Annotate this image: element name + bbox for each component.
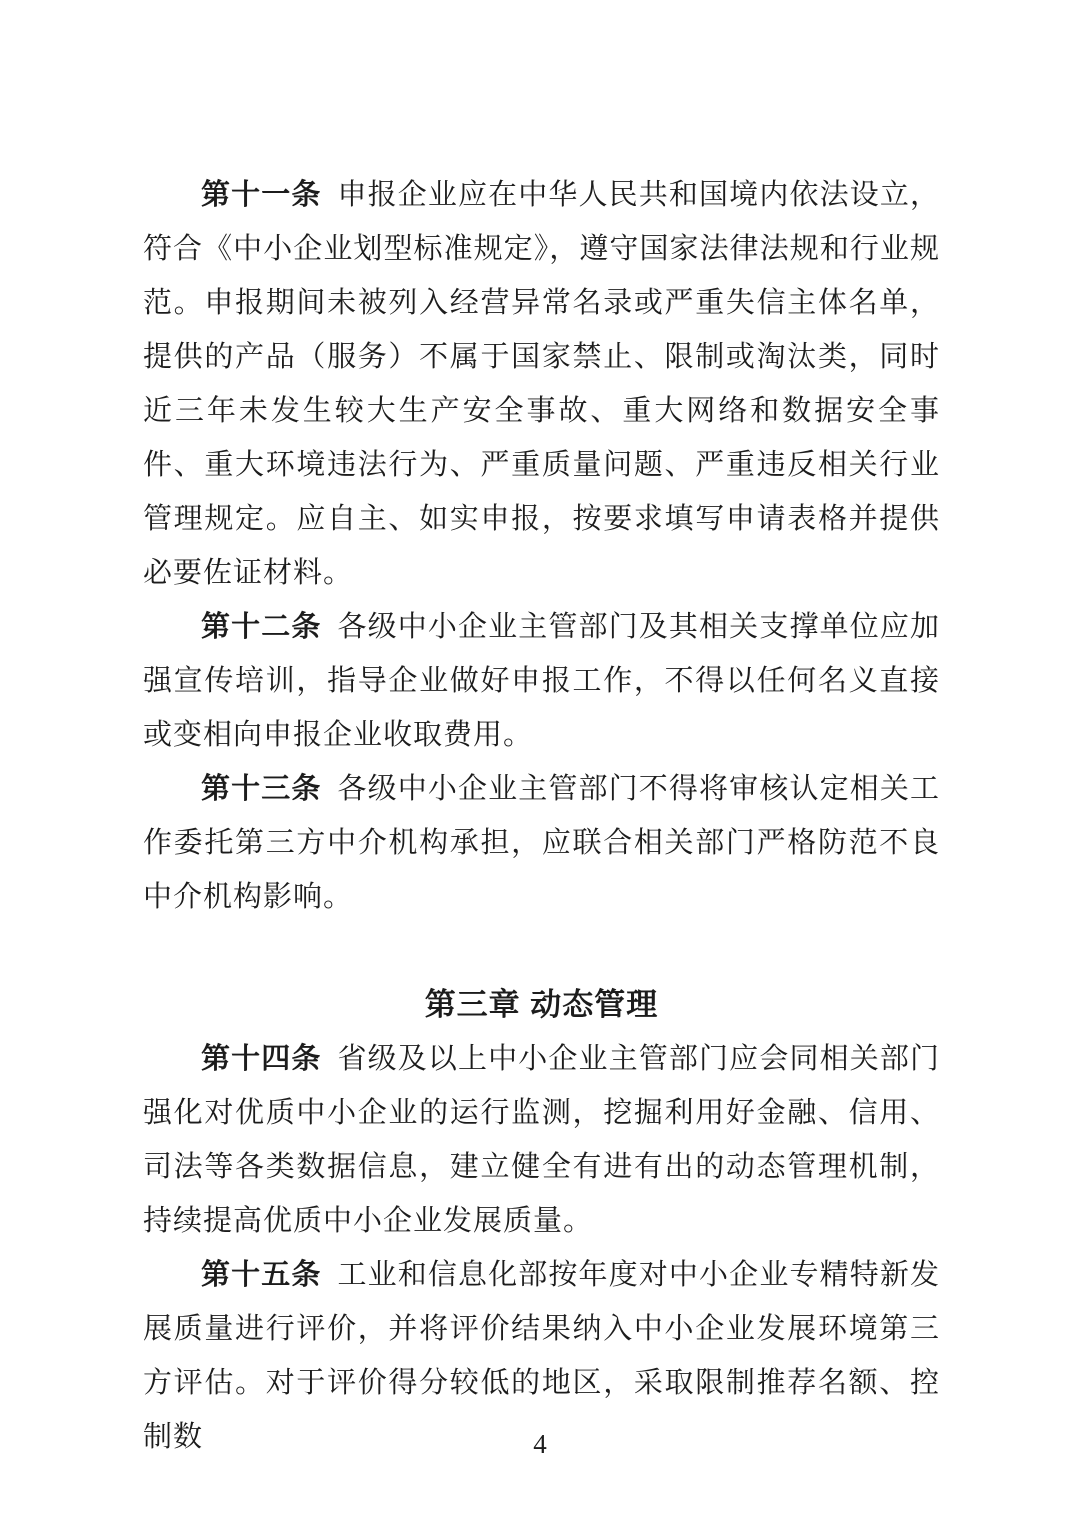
article-number: 第十五条	[201, 1259, 322, 1291]
document-page: 第十一条申报企业应在中华人民共和国境内依法设立，符合《中小企业划型标准规定》，遵…	[0, 0, 1080, 1527]
article-paragraph: 第十三条各级中小企业主管部门不得将审核认定相关工作委托第三方中介机构承担，应联合…	[143, 762, 940, 924]
article-paragraph: 第十一条申报企业应在中华人民共和国境内依法设立，符合《中小企业划型标准规定》，遵…	[143, 168, 940, 600]
article-paragraph: 第十四条省级及以上中小企业主管部门应会同相关部门强化对优质中小企业的运行监测，挖…	[143, 1032, 940, 1248]
document-body: 第十一条申报企业应在中华人民共和国境内依法设立，符合《中小企业划型标准规定》，遵…	[143, 168, 940, 1464]
page-number: 4	[0, 1429, 1080, 1459]
article-text: 申报企业应在中华人民共和国境内依法设立，符合《中小企业划型标准规定》，遵守国家法…	[143, 179, 940, 589]
chapter-heading: 第三章 动态管理	[143, 978, 940, 1032]
article-number: 第十一条	[201, 179, 322, 211]
article-paragraph: 第十二条各级中小企业主管部门及其相关支撑单位应加强宣传培训，指导企业做好申报工作…	[143, 600, 940, 762]
article-number: 第十二条	[201, 611, 322, 643]
article-number: 第十四条	[201, 1043, 322, 1075]
article-number: 第十三条	[201, 773, 322, 805]
